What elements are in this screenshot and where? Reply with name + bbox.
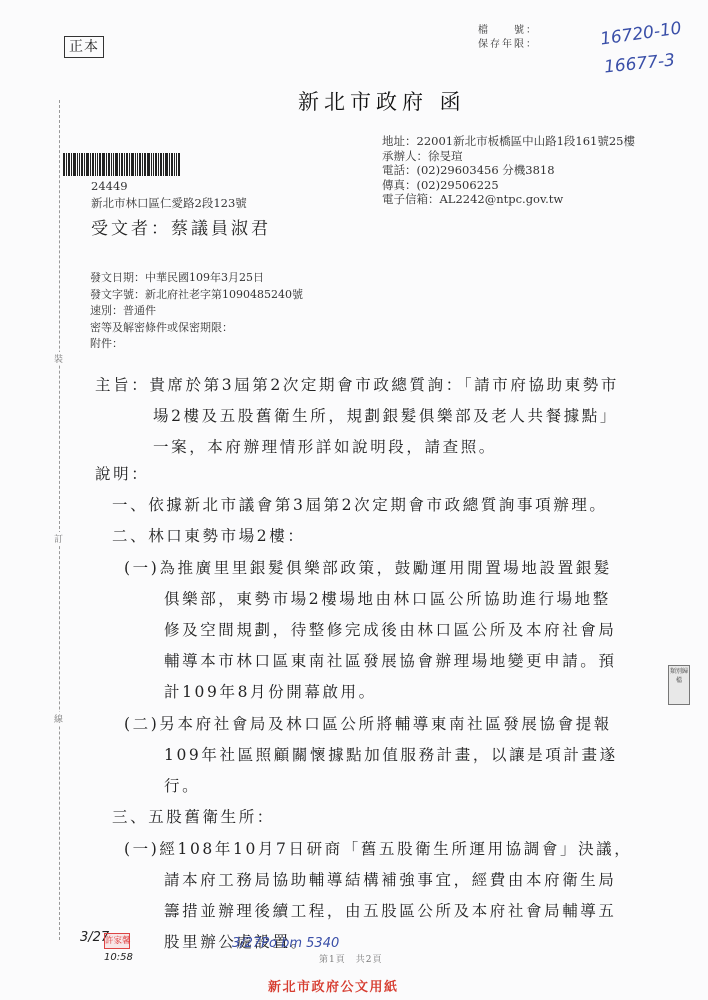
subject-line-3: 一案，本府辦理情形詳如說明段，請查照。 [95, 432, 619, 463]
explanation-item-2-1-line-2: 俱樂部，東勢市場2樓場地由林口區公所協助進行場地整 [164, 587, 611, 609]
retention-period-label: 保存年限： [478, 38, 538, 52]
sender-fax: 傳真：(02)29506225 [382, 178, 635, 193]
binding-mark-zhuang: 裝 [54, 352, 63, 365]
explanation-item-2-2-line-1: (二)另本府社會局及林口區公所將輔導東南社區發展協會提報 [124, 712, 612, 734]
explanation-item-2-1-line-3: 修及空間規劃，待整修完成後由林口區公所及本府社會局 [164, 618, 617, 640]
recipient-postal-code: 24449 [91, 179, 128, 193]
subject-label: 主旨： [95, 376, 149, 394]
archive-number-label: 檔 號： [478, 24, 538, 38]
explanation-item-3: 三、五股舊衛生所： [112, 805, 275, 827]
stationery-footer-title: 新北市政府公文用紙 [268, 976, 399, 995]
original-copy-badge: 正本 [64, 36, 104, 58]
sender-address: 地址：22001新北市板橋區中山路1段161號25樓 [382, 134, 635, 149]
document-number: 發文字號：新北府社老字第1090485240號 [90, 287, 303, 304]
explanation-item-2-1-line-5: 計109年8月份開幕啟用。 [164, 680, 377, 702]
personal-seal: 許家馨 [104, 933, 130, 949]
attachments: 附件： [90, 336, 303, 353]
explanation-item-2-2-line-3: 行。 [164, 774, 200, 796]
subject-section: 主旨：貴席於第3屆第2次定期會市政總質詢：「請市府協助東勢市 場2樓及五股舊衛生… [95, 370, 619, 463]
document-title: 新北市政府 函 [298, 86, 466, 116]
handwritten-processing-note: 3/27Po bm 5340 [232, 936, 339, 951]
document-meta: 發文日期：中華民國109年3月25日 發文字號：新北府社老字第109048524… [90, 270, 303, 353]
binding-margin-line [59, 100, 60, 940]
recipient-address: 新北市林口區仁愛路2段123號 [91, 195, 247, 211]
explanation-item-2-1-line-4: 輔導本市林口區東南社區發展協會辦理場地變更申請。預 [164, 649, 617, 671]
sender-phone: 電話：(02)29603456 分機3818 [382, 163, 635, 178]
explanation-item-3-1-line-1: (一)經108年10月7日研商「舊五股衛生所運用協調會」決議， [124, 837, 632, 859]
handwritten-archive-number-1: 16720-10 [599, 18, 683, 49]
sender-contact-person: 承辦人：徐旻瑄 [382, 149, 635, 164]
explanation-label: 說明： [95, 462, 149, 484]
filing-stamp: 類別歸檔 [668, 665, 690, 705]
explanation-item-2-2-line-2: 109年社區照顧關懷據點加值服務計畫，以讓是項計畫遂 [164, 743, 618, 765]
subject-line-1: 貴席於第3屆第2次定期會市政總質詢：「請市府協助東勢市 [149, 376, 619, 394]
document-page: 正本 裝 訂 線 檔 號： 保存年限： 16720-10 16677-3 新北市… [0, 0, 708, 1000]
explanation-item-3-1-line-2: 請本府工務局協助輔導結構補強事宜，經費由本府衛生局 [164, 868, 617, 890]
handwritten-archive-number-2: 16677-3 [603, 50, 676, 77]
archive-labels: 檔 號： 保存年限： [478, 24, 538, 52]
subject-line-2: 場2樓及五股舊衛生所，規劃銀髮俱樂部及老人共餐據點」 [95, 401, 619, 432]
explanation-item-2: 二、林口東勢市場2樓： [112, 524, 305, 546]
explanation-item-3-1-line-3: 籌措並辦理後續工程，由五股區公所及本府社會局輔導五 [164, 899, 617, 921]
issue-date: 發文日期：中華民國109年3月25日 [90, 270, 303, 287]
confidentiality-level: 密等及解密條件或保密期限： [90, 320, 303, 337]
explanation-item-2-1-line-1: (一)為推廣里里銀髮俱樂部政策，鼓勵運用閒置場地設置銀髮 [124, 556, 612, 578]
page-indicator: 第1頁 共2頁 [319, 952, 382, 965]
explanation-item-1: 一、依據新北市議會第3屆第2次定期會市政總質詢事項辦理。 [112, 493, 608, 515]
binding-mark-ding: 訂 [54, 532, 63, 545]
recipient-name: 受文者：蔡議員淑君 [91, 214, 271, 239]
sender-info-block: 地址：22001新北市板橋區中山路1段161號25樓 承辦人：徐旻瑄 電話：(0… [382, 134, 635, 207]
barcode [63, 153, 211, 176]
sender-email: 電子信箱：AL2242@ntpc.gov.tw [382, 192, 635, 207]
delivery-speed: 速別：普通件 [90, 303, 303, 320]
binding-mark-xian: 線 [54, 712, 63, 725]
handwritten-received-time: 10:58 [104, 952, 133, 963]
